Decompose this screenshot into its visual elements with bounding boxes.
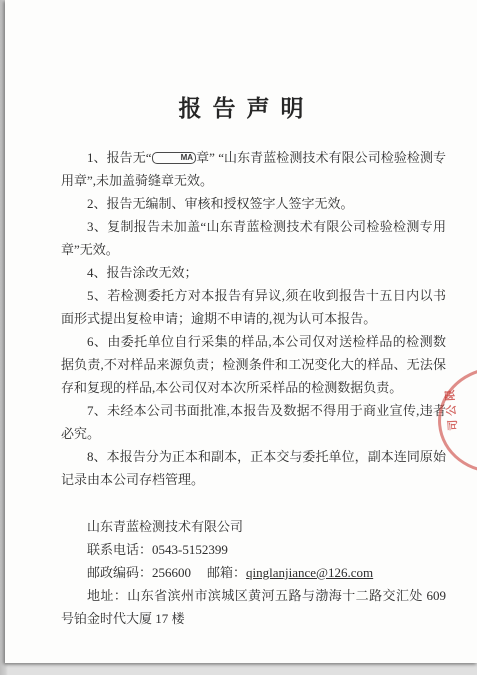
page-title: 报告声明 <box>5 90 477 123</box>
statement-item-6: 6、由委托单位自行采集的样品,本公司仅对送检样品的检测数据负责,不对样品来源负责… <box>61 330 446 399</box>
cma-mark-icon: MA <box>152 152 196 164</box>
statement-item-5: 5、若检测委托方对本报告有异议,须在收到报告十五日内以书面形式提出复检申请；逾期… <box>61 284 446 330</box>
scan-background: 报告声明 1、报告无“MA章” “山东青蓝检测技术有限公司检验检测专用章”,未加… <box>0 0 477 675</box>
contact-address: 地址：山东省滨州市滨城区黄河五路与渤海十二路交汇处 609 号铂金时代大厦 17… <box>61 584 446 630</box>
seal-text: 限 公 司 <box>445 387 460 433</box>
statement-item-1-pre: 1、报告无“ <box>87 150 152 165</box>
statement-item-7: 7、未经本公司书面批准,本报告及数据不得用于商业宣传,违者必究。 <box>61 399 446 445</box>
statement-item-1: 1、报告无“MA章” “山东青蓝检测技术有限公司检验检测专用章”,未加盖骑缝章无… <box>61 146 446 192</box>
postal-code: 邮政编码：256600 <box>87 565 191 580</box>
statement-item-2: 2、报告无编制、审核和授权签字人签字无效。 <box>61 192 446 215</box>
statement-item-3: 3、复制报告未加盖“山东青蓝检测技术有限公司检验检测专用章”无效。 <box>61 215 446 261</box>
email-address: qinglanjiance@126.com <box>246 565 373 580</box>
document-page: 报告声明 1、报告无“MA章” “山东青蓝检测技术有限公司检验检测专用章”,未加… <box>5 0 477 663</box>
statement-body: 1、报告无“MA章” “山东青蓝检测技术有限公司检验检测专用章”,未加盖骑缝章无… <box>61 146 446 630</box>
email-label: 邮箱： <box>207 565 246 580</box>
company-name: 山东青蓝检测技术有限公司 <box>61 515 446 538</box>
statement-item-8: 8、本报告分为正本和副本，正本交与委托单位，副本连同原始记录由本公司存档管理。 <box>61 445 446 491</box>
contact-block: 山东青蓝检测技术有限公司 联系电话：0543-5152399 邮政编码：2566… <box>61 515 446 630</box>
statement-item-4: 4、报告涂改无效； <box>61 261 446 284</box>
contact-postal-email: 邮政编码：256600邮箱：qinglanjiance@126.com <box>61 561 446 584</box>
contact-phone: 联系电话：0543-5152399 <box>61 538 446 561</box>
